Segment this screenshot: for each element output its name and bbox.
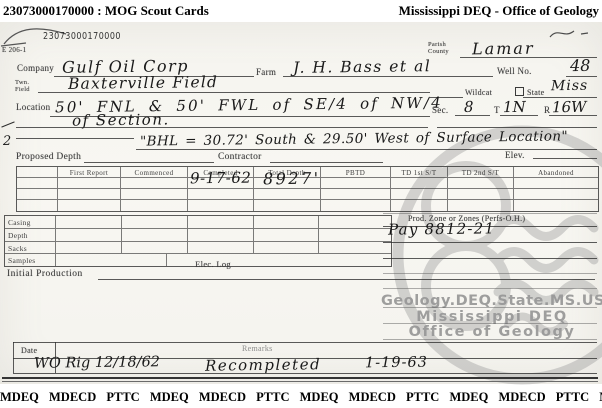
sec-value: 8 <box>464 98 474 116</box>
casing-cell <box>188 242 254 253</box>
page-footer: MDEQ MDECD PTTC MDEQ MDECD PTTC MDEQ MDE… <box>0 390 602 405</box>
rule-line <box>383 288 597 289</box>
drill-header: Commenced <box>121 167 188 178</box>
scout-card-page: 23073000170000 : MOG Scout Cards Mississ… <box>0 0 602 408</box>
completed-date-value: 9-17-62 <box>190 169 252 188</box>
casing-row-label: Samples <box>5 254 56 266</box>
casing-cell <box>56 242 123 253</box>
casing-table: Casing Depth Sacks Samples <box>4 215 392 267</box>
drill-cell <box>391 200 448 211</box>
drill-cell <box>321 178 391 189</box>
rule-line <box>383 339 597 340</box>
rule-line <box>13 342 597 343</box>
casing-cell <box>56 216 123 228</box>
casing-cell <box>188 229 254 241</box>
drill-cell <box>514 189 598 200</box>
county-label: County <box>428 48 449 55</box>
wildcat-checkbox <box>515 87 524 96</box>
field-label: Field <box>15 86 30 93</box>
casing-row-label: Casing <box>5 216 56 228</box>
margin-note: 2 <box>3 134 11 149</box>
rge-value: 16W <box>552 98 587 116</box>
twn-label: Twn. <box>15 79 29 86</box>
rule-line <box>16 138 134 139</box>
drill-cell <box>17 189 58 200</box>
rule-line <box>383 323 597 324</box>
drill-header: PBTD <box>321 167 391 178</box>
casing-cell <box>188 216 254 228</box>
casing-cell <box>122 242 188 253</box>
rule-line <box>549 115 597 116</box>
rule-line <box>16 127 428 128</box>
drill-header-empty <box>17 167 58 178</box>
page-header-right: Mississippi DEQ - Office of Geology <box>399 3 599 19</box>
rge-label: R <box>544 105 550 115</box>
drill-cell <box>121 200 188 211</box>
drill-cell <box>448 189 514 200</box>
drill-cell <box>254 200 321 211</box>
card-bottom-edge <box>2 381 598 382</box>
rule-line <box>383 307 597 308</box>
remarks-entry-date2: 1-19-63 <box>365 355 428 372</box>
rule-line <box>383 273 597 274</box>
rule-line <box>455 115 490 116</box>
twp-label: T <box>494 105 500 115</box>
form-number: E 206-1 <box>2 46 26 54</box>
drill-header: First Report <box>58 167 121 178</box>
rule-line <box>383 258 597 259</box>
remarks-column-label: Remarks <box>242 344 273 353</box>
remarks-entry-text: Recompleted <box>205 355 321 374</box>
state-value: Miss <box>551 78 588 94</box>
field-value: Baxterville Field <box>68 73 218 93</box>
casing-cell <box>56 229 123 241</box>
drill-cell <box>121 178 188 189</box>
elec-log-label: Elec. Log <box>195 259 231 269</box>
casing-cell <box>319 242 391 253</box>
drill-cell <box>58 189 121 200</box>
rule-line <box>500 115 538 116</box>
county-value: Lamar <box>472 39 535 59</box>
drill-cell <box>321 189 391 200</box>
drill-cell <box>514 200 598 211</box>
prod-zone-value: Pay 8812-21 <box>388 219 495 238</box>
company-label: Company <box>17 63 54 73</box>
rule-line <box>98 279 595 280</box>
twp-value: 1N <box>503 98 526 116</box>
pen-mark <box>548 26 588 42</box>
state-label: State <box>527 88 545 97</box>
drill-header: Abandoned <box>514 167 598 178</box>
drill-cell <box>17 178 58 189</box>
api-number-stamp: 23073000170000 <box>43 31 121 42</box>
rule-line <box>437 127 597 128</box>
casing-cell <box>122 229 188 241</box>
drill-cell <box>58 200 121 211</box>
rule-line <box>136 149 597 150</box>
rule-line <box>84 162 214 163</box>
rule-line <box>270 162 383 163</box>
total-depth-value: 8927' <box>263 169 321 189</box>
drill-cell <box>321 200 391 211</box>
elev-label: Elev. <box>505 150 525 160</box>
drill-cell <box>448 200 514 211</box>
casing-cell <box>319 229 391 241</box>
drill-cell <box>514 178 598 189</box>
drill-cell <box>391 178 448 189</box>
drill-cell <box>188 200 254 211</box>
casing-cell <box>254 229 320 241</box>
date-column-label: Date <box>21 346 37 355</box>
casing-cell <box>56 254 167 266</box>
rule-line <box>13 373 597 374</box>
drill-header: TD 2nd S/T <box>448 167 514 178</box>
drill-cell <box>391 189 448 200</box>
page-header-left: 23073000170000 : MOG Scout Cards <box>3 3 209 19</box>
wildcat-label: Wildcat <box>465 88 492 97</box>
drill-cell <box>188 189 254 200</box>
well-no-label: Well No. <box>497 66 532 76</box>
rule-line <box>533 158 597 159</box>
casing-cell <box>122 216 188 228</box>
casing-cell <box>319 216 391 228</box>
casing-cell: Elec. Log <box>167 254 391 266</box>
location-label: Location <box>16 102 50 112</box>
watermark-office: Office of Geology <box>381 324 602 340</box>
casing-row-label: Sacks <box>5 242 56 253</box>
rule-line <box>283 76 493 77</box>
drill-cell <box>121 189 188 200</box>
initial-production-label: Initial Production <box>7 269 83 279</box>
drill-cell <box>254 189 321 200</box>
sec-label: Sec. <box>432 105 448 115</box>
remarks-entry-date: WO Rig 12/18/62 <box>34 354 160 372</box>
drill-header: TD 1st S/T <box>391 167 448 178</box>
proposed-depth-label: Proposed Depth <box>16 152 81 162</box>
casing-cell <box>254 242 320 253</box>
casing-cell <box>254 216 320 228</box>
farm-label: Farm <box>256 67 276 77</box>
farm-value: J. H. Bass et al <box>293 57 431 77</box>
casing-row-label: Depth <box>5 229 56 241</box>
well-no-value: 48 <box>570 56 591 75</box>
drill-cell <box>17 200 58 211</box>
drill-cell <box>58 178 121 189</box>
parish-label: Parish <box>428 41 446 48</box>
contractor-label: Contractor <box>218 152 262 162</box>
rule-line <box>383 242 597 243</box>
rule-line <box>38 92 430 93</box>
card-bottom-edge <box>2 377 598 379</box>
drill-cell <box>448 178 514 189</box>
